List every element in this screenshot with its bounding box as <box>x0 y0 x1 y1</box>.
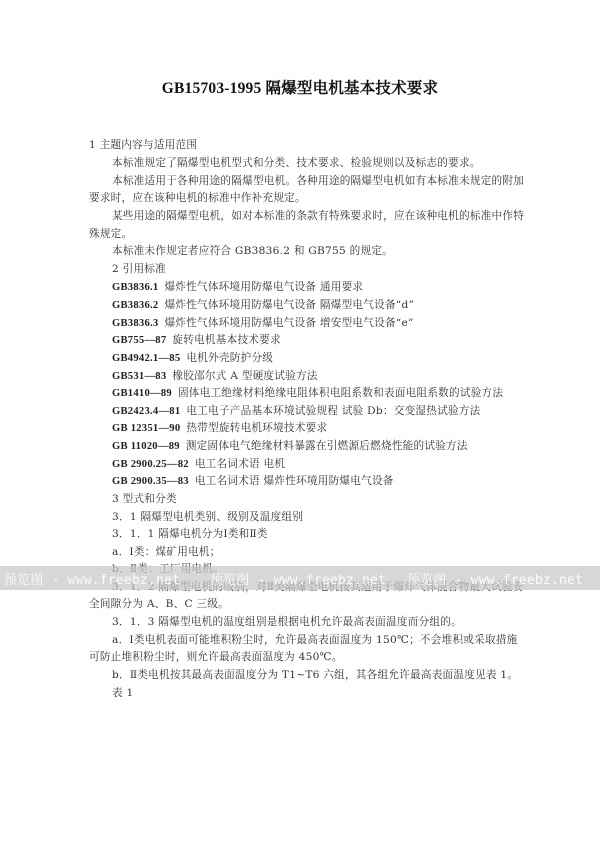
paragraph-line: 本标准规定了隔爆型电机型式和分类、技术要求、检验规则以及标志的要求。 <box>112 156 481 170</box>
paragraph-line: 本标准适用于各种用途的隔爆型电机。各种用途的隔爆型电机如有本标准未规定的附加 <box>112 174 524 188</box>
reference-title: 测定固体电气绝缘材料暴露在引燃源后燃烧性能的试验方法 <box>186 440 468 452</box>
reference-code: GB 2900.25—82 <box>112 459 189 470</box>
reference-item: GB3836.3爆炸性气体环境用防爆电气设备 增安型电气设备“e” <box>112 316 414 331</box>
reference-item: GB4942.1—85电机外壳防护分级 <box>112 351 273 366</box>
subsection-heading: 3．1．1 隔爆电机分为Ⅰ类和Ⅱ类 <box>112 527 268 541</box>
document-title: GB15703-1995 隔爆型电机基本技术要求 <box>0 76 600 98</box>
paragraph-line: 本标准未作规定者应符合 GB3836.2 和 GB755 的规定。 <box>112 244 393 258</box>
reference-code: GB1410—89 <box>112 388 172 399</box>
section-heading-1: 1 主题内容与适用范围 <box>89 138 197 152</box>
paragraph-line: b．Ⅱ类电机按其最高表面温度分为 T1~T6 六组，其各组允许最高表面温度见表 … <box>112 668 518 682</box>
reference-item: GB1410—89固体电工绝缘材料绝缘电阻体积电阻系数和表面电阻系数的试验方法 <box>112 386 503 401</box>
reference-title: 电机外壳防护分级 <box>186 352 273 364</box>
paragraph-line: 某些用途的隔爆型电机，如对本标准的条款有特殊要求时，应在该种电机的标准中作特 <box>112 209 524 223</box>
subsection-heading: 3．1．3 隔爆型电机的温度组别是根据电机允许最高表面温度而分组的。 <box>112 615 462 629</box>
watermark-text: 预览图 - www.freebz.net <box>4 569 180 588</box>
section-heading-3: 3 型式和分类 <box>112 492 177 506</box>
paragraph-line: 可防止堆积粉尘时，则允许最高表面温度为 450℃。 <box>89 650 343 664</box>
paragraph-line: a．Ⅰ类电机表面可能堆积粉尘时，允许最高表面温度为 150℃；不会堆积或采取措施 <box>112 633 518 647</box>
reference-code: GB755—87 <box>112 335 166 346</box>
reference-item: GB3836.1爆炸性气体环境用防爆电气设备 通用要求 <box>112 280 363 295</box>
document-page: GB15703-1995 隔爆型电机基本技术要求 1 主题内容与适用范围 本标准… <box>0 0 600 849</box>
section-heading-2: 2 引用标准 <box>112 262 166 276</box>
reference-code: GB531—83 <box>112 371 166 382</box>
reference-title: 电工名词术语 电机 <box>195 458 285 470</box>
reference-code: GB 12351—90 <box>112 423 180 434</box>
reference-item: GB531—83橡胶邵尔式 A 型硬度试验方法 <box>112 369 318 384</box>
paragraph-line: 殊规定。 <box>89 227 132 241</box>
subsection-heading: 3．1 隔爆型电机类别、级别及温度组别 <box>112 510 303 524</box>
reference-item: GB 12351—90热带型旋转电机环境技术要求 <box>112 421 327 436</box>
table-caption: 表 1 <box>112 686 133 700</box>
reference-title: 热带型旋转电机环境技术要求 <box>186 422 327 434</box>
list-item: a．Ⅰ类：煤矿用电机； <box>112 545 221 559</box>
paragraph-line: 全间隙分为 A、B、C 三级。 <box>89 597 229 611</box>
reference-title: 爆炸性气体环境用防爆电气设备 隔爆型电气设备“d” <box>164 299 414 311</box>
reference-code: GB3836.1 <box>112 282 158 293</box>
reference-code: GB3836.2 <box>112 300 158 311</box>
reference-title: 旋转电机基本技术要求 <box>172 334 280 346</box>
reference-code: GB2423.4—81 <box>112 406 180 417</box>
reference-item: GB755—87旋转电机基本技术要求 <box>112 333 281 348</box>
reference-title: 固体电工绝缘材料绝缘电阻体积电阻系数和表面电阻系数的试验方法 <box>178 387 503 399</box>
reference-item: GB3836.2爆炸性气体环境用防爆电气设备 隔爆型电气设备“d” <box>112 298 414 313</box>
reference-code: GB3836.3 <box>112 318 158 329</box>
reference-item: GB2423.4—81电工电子产品基本环境试验规程 试验 Db：交变湿热试验方法 <box>112 404 481 419</box>
reference-title: 爆炸性气体环境用防爆电气设备 增安型电气设备“e” <box>164 317 413 329</box>
watermark-text: 预览图 - www.freebz.net <box>210 569 386 588</box>
reference-code: GB 2900.35—83 <box>112 476 189 487</box>
reference-item: GB 2900.35—83电工名词术语 爆炸性环境用防爆电气设备 <box>112 474 394 489</box>
reference-code: GB 11020—89 <box>112 441 180 452</box>
reference-title: 电工电子产品基本环境试验规程 试验 Db：交变湿热试验方法 <box>186 405 480 417</box>
reference-title: 爆炸性气体环境用防爆电气设备 通用要求 <box>164 281 363 293</box>
reference-item: GB 11020—89测定固体电气绝缘材料暴露在引燃源后燃烧性能的试验方法 <box>112 439 468 454</box>
reference-item: GB 2900.25—82电工名词术语 电机 <box>112 457 285 472</box>
watermark-band: 预览图 - www.freebz.net 预览图 - www.freebz.ne… <box>0 566 600 590</box>
reference-title: 电工名词术语 爆炸性环境用防爆电气设备 <box>195 475 394 487</box>
watermark-text: 预览图 - www.freebz.net <box>407 569 583 588</box>
reference-code: GB4942.1—85 <box>112 353 180 364</box>
paragraph-line: 要求时，应在该种电机的标准中作补充规定。 <box>89 191 306 205</box>
reference-title: 橡胶邵尔式 A 型硬度试验方法 <box>172 370 317 382</box>
